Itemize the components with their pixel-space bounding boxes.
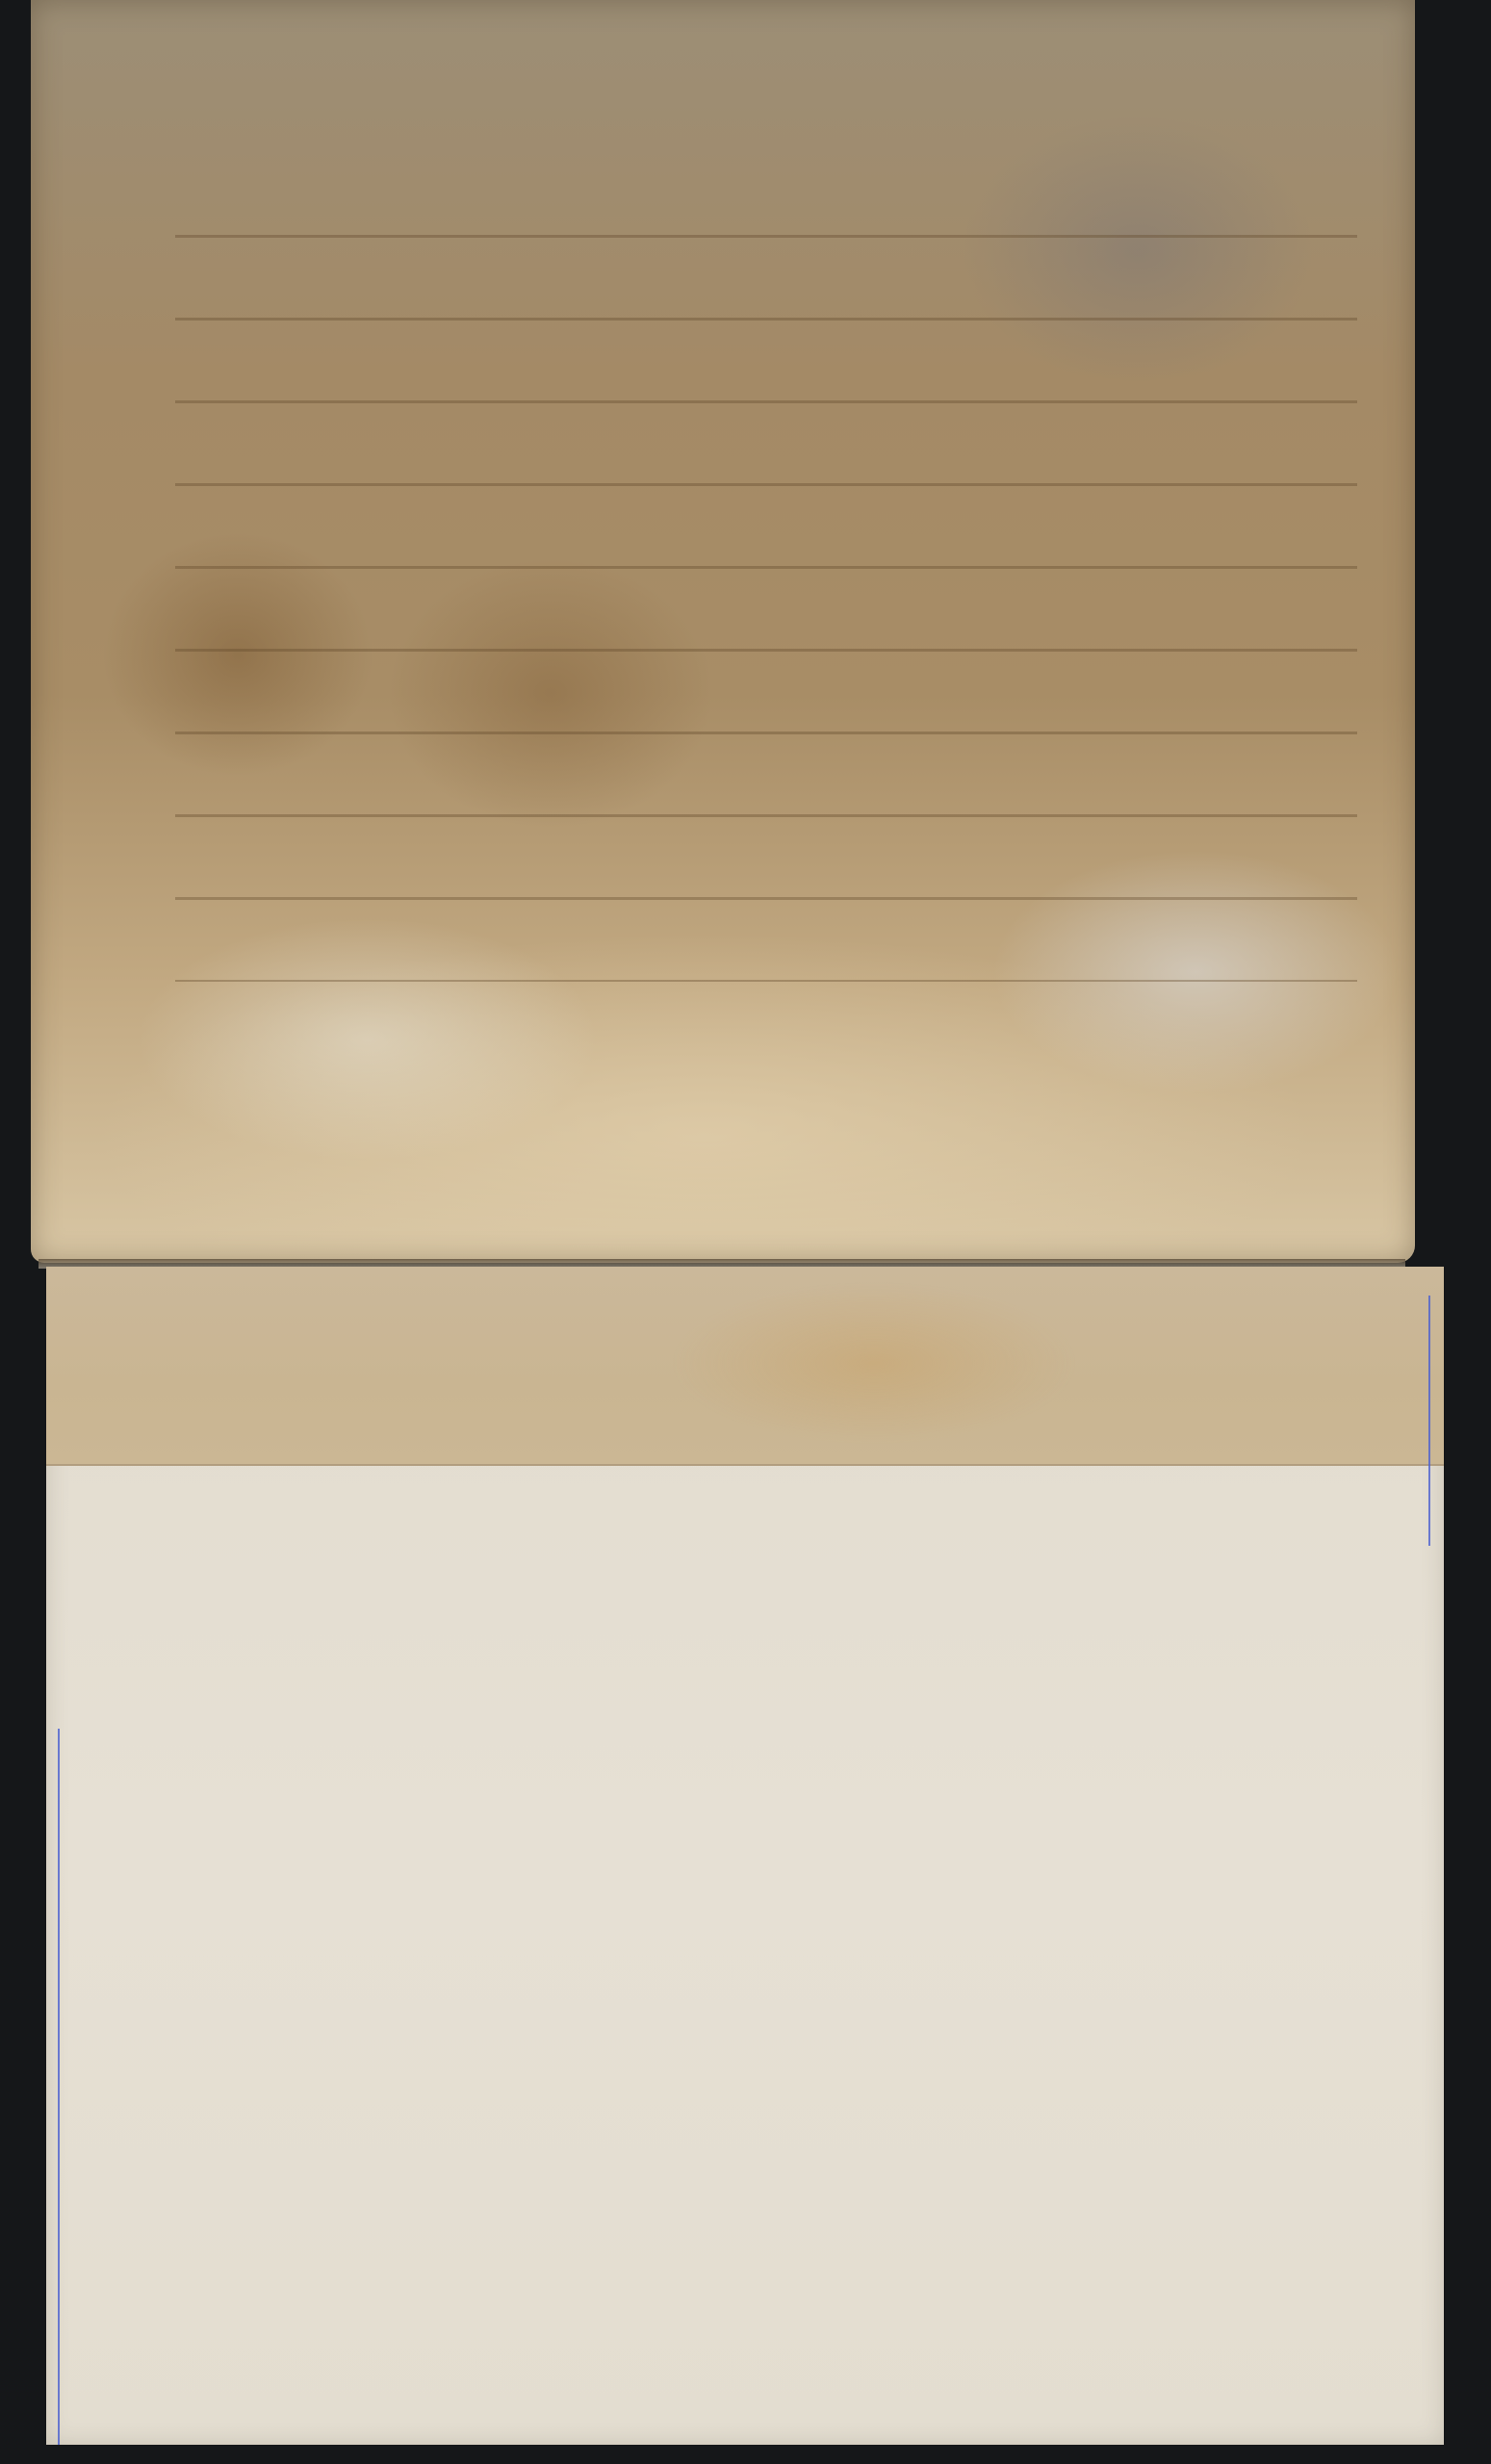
- lower-paper-leaf: lower-leaf: [46, 1267, 1444, 2445]
- blue-margin-line: [58, 1729, 60, 2445]
- stained-band: [46, 1267, 1444, 1466]
- upper-manuscript-leaf: upper-leaf: [31, 0, 1415, 1263]
- ruled-lines: [175, 192, 1357, 982]
- blue-edge-line: [1428, 1296, 1430, 1546]
